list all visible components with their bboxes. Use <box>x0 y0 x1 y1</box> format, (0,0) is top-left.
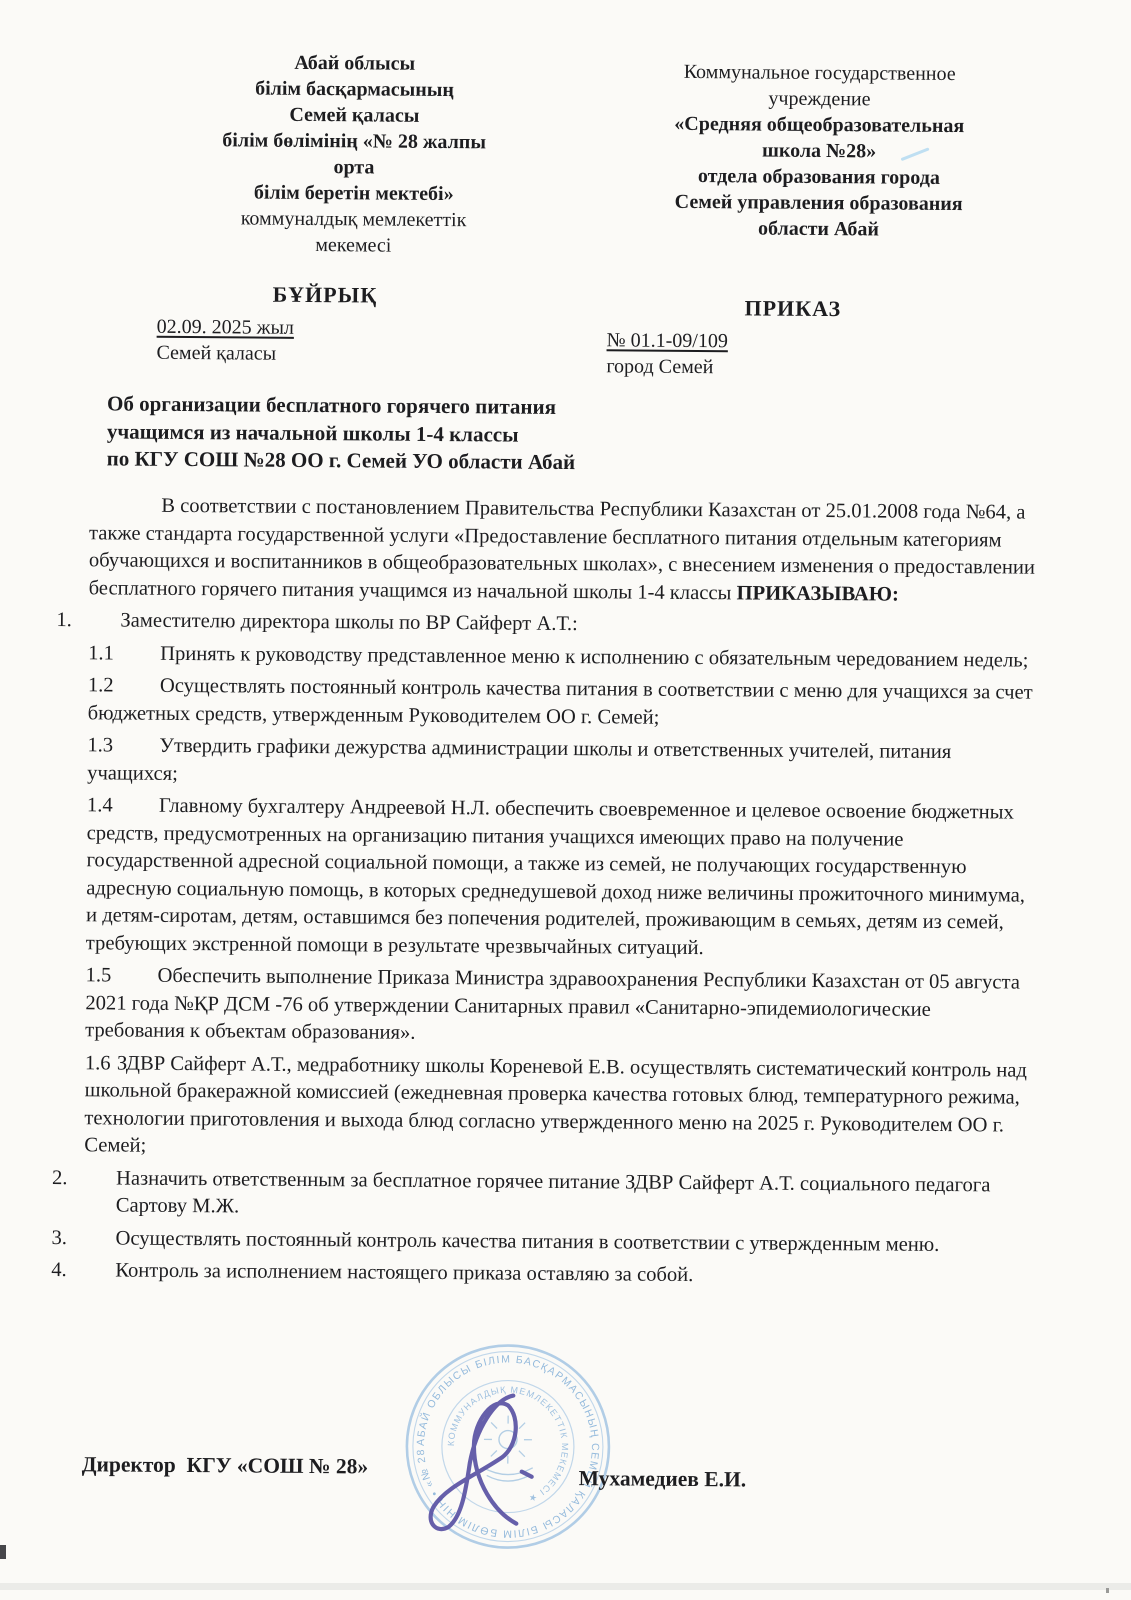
order-number: № 01.1-09/109 <box>603 327 983 356</box>
letterhead-line: «Средняя общеобразовательная <box>599 110 1039 139</box>
order-item: 3.Осуществлять постоянный контроль качес… <box>83 1225 1031 1260</box>
letterhead-russian: Коммунальное государственное учреждение … <box>598 58 1039 243</box>
subject-line: по КГУ СОШ №28 ОО г. Семей УО области Аб… <box>107 445 827 478</box>
item-text: Заместителю директора школы по ВР Сайфер… <box>120 610 578 636</box>
order-item: 1.1Принять к руководству представленное … <box>88 640 1036 675</box>
letterhead-line: области Абай <box>598 214 1038 243</box>
order-item: 1.6ЗДВР Сайферт А.Т., медработнику школы… <box>84 1050 1033 1167</box>
letterhead-line: Семей қаласы <box>144 101 564 130</box>
item-number: 1. <box>88 607 120 635</box>
order-item: 1.5Обеспечить выполнение Приказа Министр… <box>85 962 1034 1052</box>
item-text: Осуществлять постоянный контроль качеств… <box>88 675 1033 728</box>
order-item: 1.2Осуществлять постоянный контроль каче… <box>88 672 1036 734</box>
order-block-russian: ПРИКАЗ № 01.1-09/109 город Семей <box>602 294 983 382</box>
letterhead-line: Абай облысы <box>145 49 565 78</box>
order-body: В соответствии с постановлением Правител… <box>83 492 1037 1297</box>
item-number: 2. <box>84 1165 116 1193</box>
order-item: 4.Контроль за исполнением настоящего при… <box>83 1257 1031 1292</box>
item-number: 1.2 <box>88 672 160 700</box>
item-text: Назначить ответственным за бесплатное го… <box>116 1167 991 1217</box>
letterhead-line: білім бөлімінің «№ 28 жалпы <box>144 127 564 156</box>
letterhead-line: учреждение <box>599 84 1039 113</box>
item-text: Утвердить графики дежурства администраци… <box>87 735 951 785</box>
letterhead-line: Коммунальное государственное <box>600 58 1040 87</box>
letterhead-line: коммуналдық мемлекеттік <box>143 205 563 234</box>
director-title: Директор КГУ «СОШ № 28» <box>82 1452 369 1479</box>
letterhead-line: Семей управления образования <box>599 188 1039 217</box>
item-number: 1.6 <box>85 1050 117 1078</box>
order-city-kazakh: Семей қаласы <box>152 340 496 369</box>
order-subject: Об организации бесплатного горячего пита… <box>107 390 828 478</box>
director-signature <box>413 1375 624 1552</box>
scan-edge-dot <box>1106 1588 1109 1593</box>
order-item: 1.4Главному бухгалтеру Андреевой Н.Л. об… <box>86 792 1035 964</box>
item-number: 1.5 <box>85 962 157 990</box>
order-items: 1.Заместителю директора школы по ВР Сайф… <box>83 607 1036 1292</box>
item-number: 1.3 <box>87 732 159 760</box>
letterhead-line: мекемесі <box>143 231 563 260</box>
item-number: 1.4 <box>87 792 159 820</box>
intro-directive-word: ПРИКАЗЫВАЮ: <box>736 582 899 605</box>
item-text: Контроль за исполнением настоящего прика… <box>115 1259 693 1286</box>
item-text: Обеспечить выполнение Приказа Министра з… <box>85 965 1020 1044</box>
order-block-kazakh: БҰЙРЫҚ 02.09. 2025 жыл Семей қаласы <box>152 281 497 369</box>
document-page: Абай облысы білім басқармасының Семей қа… <box>0 0 1131 1600</box>
item-text: ЗДВР Сайферт А.Т., медработнику школы Ко… <box>84 1052 1027 1157</box>
item-text: Главному бухгалтеру Андреевой Н.Л. обесп… <box>86 795 1025 959</box>
letterhead-line: білім беретін мектебі» <box>144 179 564 208</box>
letterhead-line: школа №28» <box>599 136 1039 165</box>
order-item: 1.Заместителю директора школы по ВР Сайф… <box>88 607 1036 642</box>
scanned-order-document: { "document_type": "Приказ / Бұйрық (sca… <box>0 0 1131 1600</box>
order-date: 02.09. 2025 жыл <box>153 314 497 343</box>
scan-edge-strip <box>0 1583 1131 1590</box>
order-city-russian: город Семей <box>602 353 982 382</box>
item-text: Принять к руководству представленное мен… <box>160 642 1028 671</box>
order-title-russian: ПРИКАЗ <box>603 294 983 323</box>
item-number: 1.1 <box>88 640 160 668</box>
letterhead-line: білім басқармасының <box>144 75 564 104</box>
order-item: 1.3Утвердить графики дежурства администр… <box>87 732 1035 794</box>
item-text: Осуществлять постоянный контроль качеств… <box>115 1227 939 1255</box>
intro-paragraph: В соответствии с постановлением Правител… <box>89 492 1038 609</box>
order-item: 2.Назначить ответственным за бесплатное … <box>84 1165 1032 1227</box>
order-title-kazakh: БҰЙРЫҚ <box>153 281 497 310</box>
letterhead-line: орта <box>144 153 564 182</box>
item-number: 4. <box>83 1257 115 1285</box>
scan-edge-mark <box>0 1545 6 1559</box>
item-number: 3. <box>83 1225 115 1253</box>
letterhead-line: отдела образования города <box>599 162 1039 191</box>
letterhead-kazakh: Абай облысы білім басқармасының Семей қа… <box>143 49 565 260</box>
